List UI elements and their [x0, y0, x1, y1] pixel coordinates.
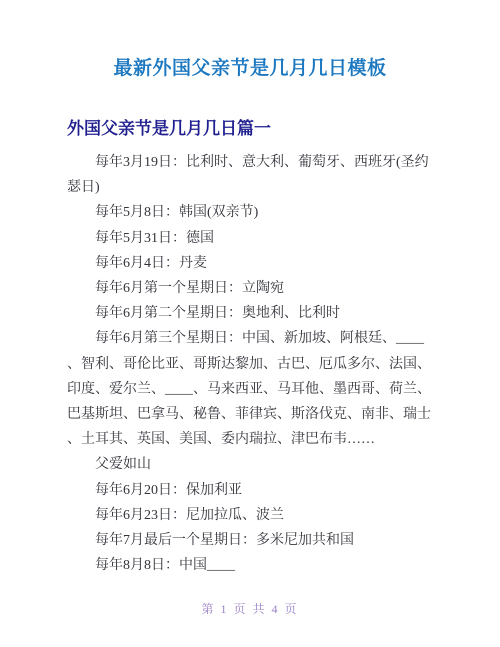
paragraph: 每年8月8日：中国____	[67, 553, 433, 578]
paragraph: 每年3月19日：比利时、意大利、葡萄牙、西班牙(圣约瑟日)	[67, 150, 433, 200]
page-title: 最新外国父亲节是几月几日模板	[67, 56, 433, 82]
paragraph: 每年7月最后一个星期日：多米尼加共和国	[67, 528, 433, 553]
page-indicator: 第 1 页 共 4 页	[201, 602, 298, 616]
paragraph: 每年6月4日：丹麦	[67, 251, 433, 276]
paragraph: 每年6月23日：尼加拉瓜、波兰	[67, 503, 433, 528]
paragraph: 每年5月31日：德国	[67, 226, 433, 251]
document-body: 每年3月19日：比利时、意大利、葡萄牙、西班牙(圣约瑟日)每年5月8日：韩国(双…	[67, 150, 433, 578]
paragraph: 每年6月第一个星期日：立陶宛	[67, 276, 433, 301]
document-page: 最新外国父亲节是几月几日模板 外国父亲节是几月几日篇一 每年3月19日：比利时、…	[0, 0, 500, 647]
paragraph: 每年6月第三个星期日：中国、新加坡、阿根廷、____、智利、哥伦比亚、哥斯达黎加…	[67, 326, 433, 452]
page-footer: 第 1 页 共 4 页	[0, 600, 500, 617]
paragraph: 每年6月20日：保加利亚	[67, 478, 433, 503]
document-content: 最新外国父亲节是几月几日模板 外国父亲节是几月几日篇一 每年3月19日：比利时、…	[0, 56, 500, 578]
paragraph: 每年5月8日：韩国(双亲节)	[67, 200, 433, 225]
paragraph: 每年6月第二个星期日：奥地利、比利时	[67, 301, 433, 326]
section-heading: 外国父亲节是几月几日篇一	[67, 118, 433, 140]
paragraph: 父爱如山	[67, 452, 433, 477]
